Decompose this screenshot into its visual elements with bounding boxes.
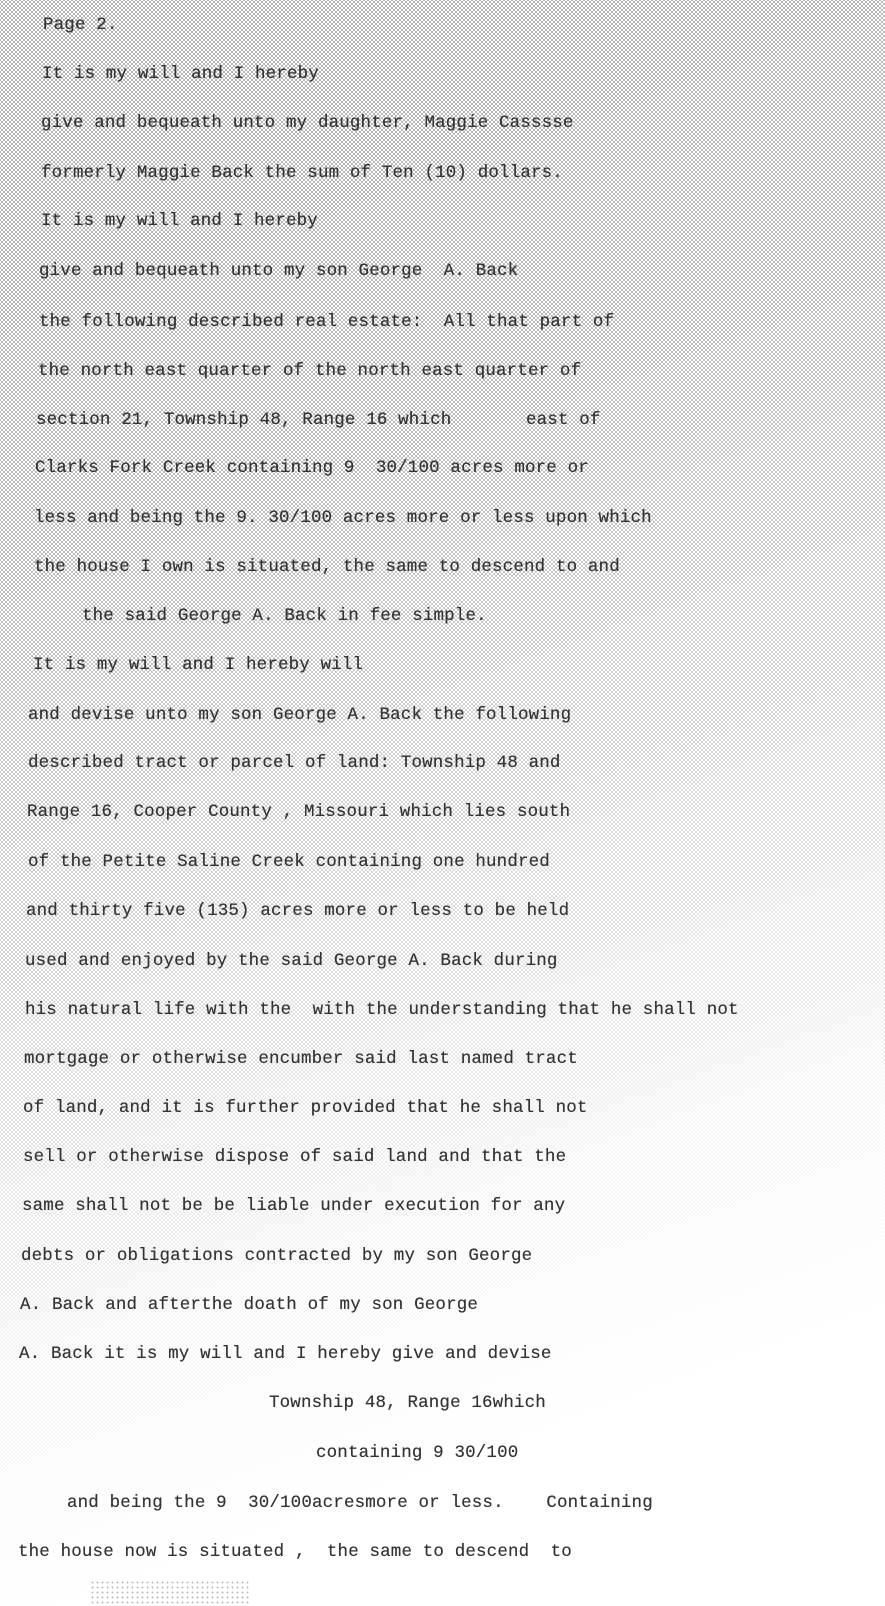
document-line: Clarks Fork Creek containing 9 30/100 ac… (35, 457, 589, 479)
document-line: It is my will and I hereby (42, 63, 319, 85)
document-line: the said George A. Back in fee simple. (82, 605, 487, 627)
document-line: the house now is situated , the same to … (18, 1541, 572, 1563)
document-line: It is my will and I hereby (41, 210, 318, 232)
document-line: formerly Maggie Back the sum of Ten (10)… (41, 162, 563, 184)
document-line: containing 9 30/100 (316, 1442, 518, 1464)
document-line: A. Back it is my will and I hereby give … (19, 1343, 552, 1365)
document-line: the north east quarter of the north east… (38, 360, 581, 382)
document-line: and devise unto my son George A. Back th… (28, 704, 571, 726)
document-line: A. Back and afterthe doath of my son Geo… (20, 1294, 478, 1316)
document-line: same shall not be be liable under execut… (22, 1195, 565, 1217)
document-line: his natural life with the with the under… (25, 999, 739, 1021)
document-line: described tract or parcel of land: Towns… (28, 752, 561, 774)
page-label: Page 2. (43, 14, 118, 36)
document-line: used and enjoyed by the said George A. B… (25, 950, 558, 972)
document-line: mortgage or otherwise encumber said last… (24, 1048, 578, 1070)
document-line: less and being the 9. 30/100 acres more … (34, 507, 652, 529)
document-line: the house I own is situated, the same to… (34, 556, 620, 578)
document-line: debts or obligations contracted by my so… (21, 1245, 532, 1267)
document-line: of land, and it is further provided that… (23, 1097, 588, 1119)
document-line: section 21, Township 48, Range 16 which … (36, 409, 601, 431)
document-line: of the Petite Saline Creek containing on… (28, 851, 550, 873)
document-line: the following described real estate: All… (39, 311, 614, 333)
document-page: Page 2. It is my will and I hereby give … (0, 0, 885, 1606)
document-line: Township 48, Range 16which (269, 1392, 546, 1414)
document-line: and being the 9 30/100acresmore or less.… (67, 1492, 653, 1514)
document-line: It is my will and I hereby will (33, 654, 363, 676)
document-line: give and bequeath unto my daughter, Magg… (41, 112, 574, 134)
document-line: give and bequeath unto my son George A. … (39, 260, 518, 282)
document-line: and thirty five (135) acres more or less… (26, 900, 569, 922)
halftone-smudge (90, 1580, 250, 1606)
document-line: Range 16, Cooper County , Missouri which… (27, 801, 570, 823)
document-line: sell or otherwise dispose of said land a… (23, 1146, 566, 1168)
